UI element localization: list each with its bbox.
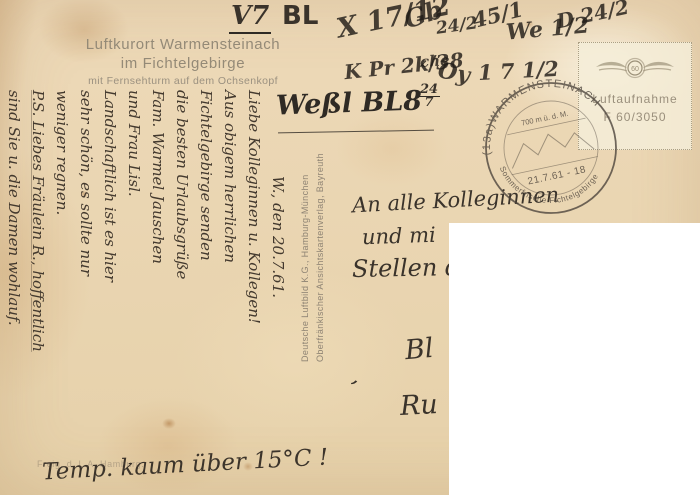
message-line: Landschaftlich ist es hier <box>98 90 122 490</box>
printed-caption: Luftkurort Warmensteinach im Fichtelgebi… <box>52 36 314 87</box>
message-line: Liebe Kolleginnen u. Kollegen! <box>242 90 266 490</box>
pencil-scribble: D 24/2 <box>554 0 631 33</box>
address-line: Ru <box>399 389 438 422</box>
postcard-back: Luftkurort Warmensteinach im Fichtelgebi… <box>0 0 700 495</box>
message-line: sehr schön, es sollte nur <box>74 90 98 490</box>
postmark-elevation: 700 m ü. d. M. <box>520 109 569 128</box>
message-line: Fam. Warmel Jauschen <box>146 90 170 490</box>
message-line: und Frau Lisl. <box>122 90 146 490</box>
publisher-imprint: Deutsche Luftbild K.G., Hamburg-München … <box>298 178 332 362</box>
pencil-scribble: Oy <box>436 57 472 88</box>
handwritten-message: W., den 20.7.61. Liebe Kolleginnen u. Ko… <box>0 90 290 490</box>
caption-line-3: mit Fernsehturm auf dem Ochsenkopf <box>52 75 314 87</box>
dealer-mark-v7: V7 <box>229 1 271 31</box>
fraction-denominator: 7 <box>418 97 440 109</box>
caption-line-2: im Fichtelgebirge <box>52 55 314 72</box>
message-line: Aus obigem herrlichen <box>218 90 242 490</box>
address-line: und mi <box>362 223 437 250</box>
message-line: P.S. Liebes Fräulein R., hoffentlich <box>26 90 50 490</box>
message-line: Fichtelgebirge senden <box>194 90 218 490</box>
address-line: Stellen d <box>352 253 461 283</box>
message-line: die besten Urlaubsgrüße <box>170 90 194 490</box>
pencil-scribble: 1 7 1/2 <box>477 56 559 85</box>
pen-tick: ’ <box>341 376 360 401</box>
redaction-overlay <box>449 223 700 495</box>
message-line: W., den 20.7.61. <box>266 90 290 490</box>
postmark-date: 21.7.61 - 18 <box>527 164 587 187</box>
publisher-line-1: Deutsche Luftbild K.G., Hamburg-München <box>298 178 313 362</box>
postmark: (13a)WARMENSTEINACH 700 m ü. d. M. 21.7.… <box>468 65 634 231</box>
publisher-line-2: Oberfränkischer Ansichtskartenverlag, Ba… <box>313 178 328 362</box>
message-line: sind Sie u. die Damen wohlauf. <box>2 90 26 490</box>
address-line: Bl <box>404 333 435 366</box>
emblem-center-text: 60 <box>631 66 639 73</box>
message-line: weniger regnen. <box>50 90 74 490</box>
dealer-mark-wessl: Weßl BL8 <box>276 85 423 121</box>
dealer-mark-bl: BL <box>282 1 318 31</box>
caption-line-1: Luftkurort Warmensteinach <box>52 36 314 53</box>
dealer-mark-fraction: 24 7 <box>418 84 440 109</box>
pen-underline <box>278 130 434 134</box>
